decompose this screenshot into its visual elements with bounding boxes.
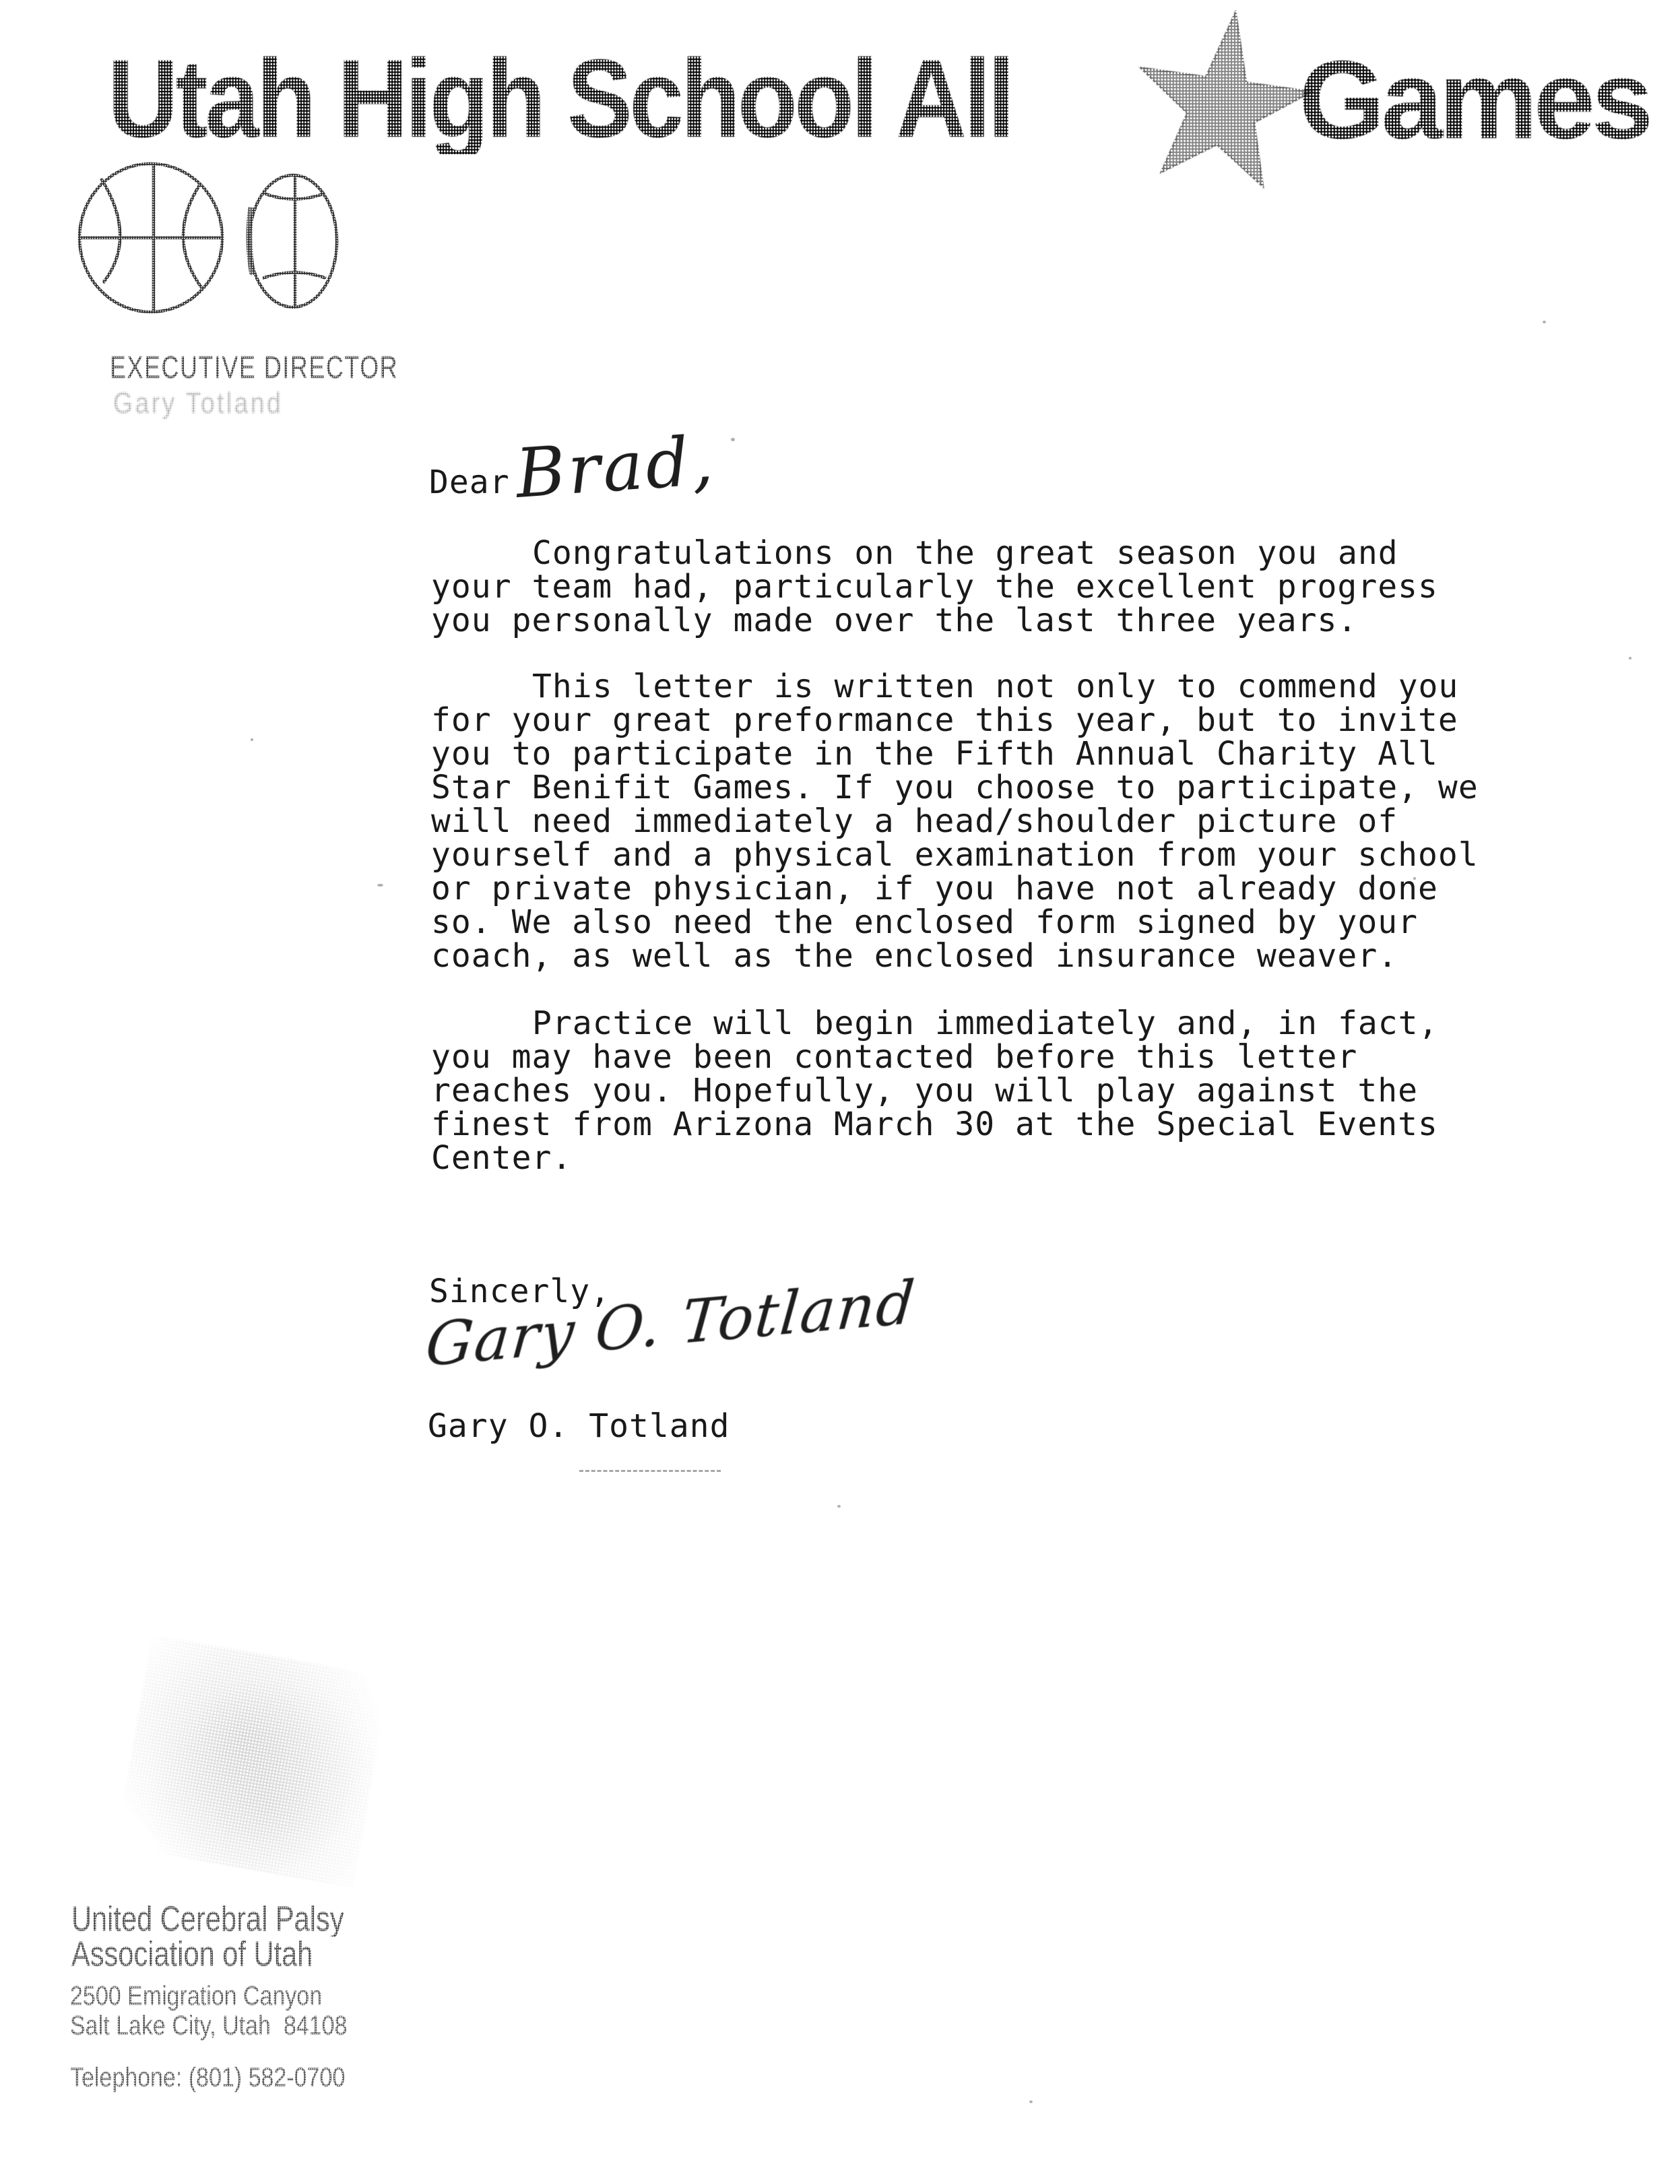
- recipient-name-handwritten: Brad,: [513, 421, 718, 513]
- paper-speck: [377, 884, 383, 887]
- body-paragraph-1: Congratulations on the great season you …: [431, 536, 1549, 637]
- body-paragraph-2: This letter is written not only to comme…: [431, 670, 1549, 973]
- paper-speck: [731, 438, 735, 441]
- executive-director-label: EXECUTIVE DIRECTOR: [110, 349, 398, 385]
- logo-text-left: Utah High School All: [108, 43, 1012, 154]
- scan-smudge: [115, 1634, 391, 1889]
- footer-org-line2: Association of Utah: [71, 1937, 313, 1972]
- paper-speck: [1413, 877, 1416, 880]
- body-paragraph-3: Practice will begin immediately and, in …: [431, 1006, 1549, 1175]
- footer-address-line1: 2500 Emigration Canyon: [70, 1981, 322, 2011]
- footer-address-line2: Salt Lake City, Utah 84108: [70, 2011, 347, 2041]
- paper-speck: [1543, 321, 1546, 323]
- signature-typed-name: Gary O. Totland: [428, 1409, 1546, 1443]
- football-icon: [249, 175, 337, 307]
- paper-speck: [837, 1505, 841, 1508]
- star-icon: [1122, 10, 1324, 199]
- letter-page: Utah High School All Games EXECUTIVE DIR…: [0, 0, 1680, 2184]
- paper-speck: [1029, 2100, 1033, 2103]
- paper-speck: [1629, 657, 1631, 660]
- executive-director-name-faded: Gary Totland: [113, 387, 283, 420]
- basketball-icon: [79, 164, 222, 312]
- logo-text-right: Games: [1299, 44, 1649, 156]
- footer-org-line1: United Cerebral Palsy: [71, 1902, 344, 1937]
- scan-dash-artifact: [579, 1470, 721, 1472]
- footer-phone: Telephone: (801) 582-0700: [70, 2063, 345, 2092]
- paper-speck: [251, 738, 253, 741]
- sports-balls-graphic: [67, 155, 370, 323]
